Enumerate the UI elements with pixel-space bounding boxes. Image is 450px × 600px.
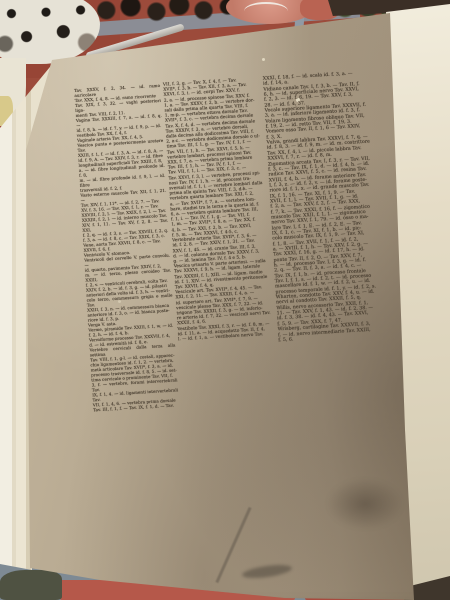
dark-object-bottom-left [0,570,62,600]
paper-speck [262,58,265,61]
photo-of-open-book: { "scene": { "subject": "antique book op… [0,0,450,600]
index-column-3: XXXI, f. 18, f. — id. scala id. f. 3, a.… [263,69,403,343]
smudge-mark [241,563,292,581]
pink-object-highlight [244,2,288,20]
index-column-2: VII, f. 3, g. — Tav. X, f. 4, f. — Tav. … [163,77,274,342]
book-index-page: Tav. XXXV, f. 2, 34. — id. ramo auricola… [0,0,450,600]
index-column-1: Tav. XXXV, f. 2, 34. — id. ramo auricola… [74,83,179,413]
dark-spotted-mass [88,0,240,22]
stain-mark [326,478,404,530]
index-text-block: Tav. XXXV, f. 2, 34. — id. ramo auricola… [74,69,406,362]
